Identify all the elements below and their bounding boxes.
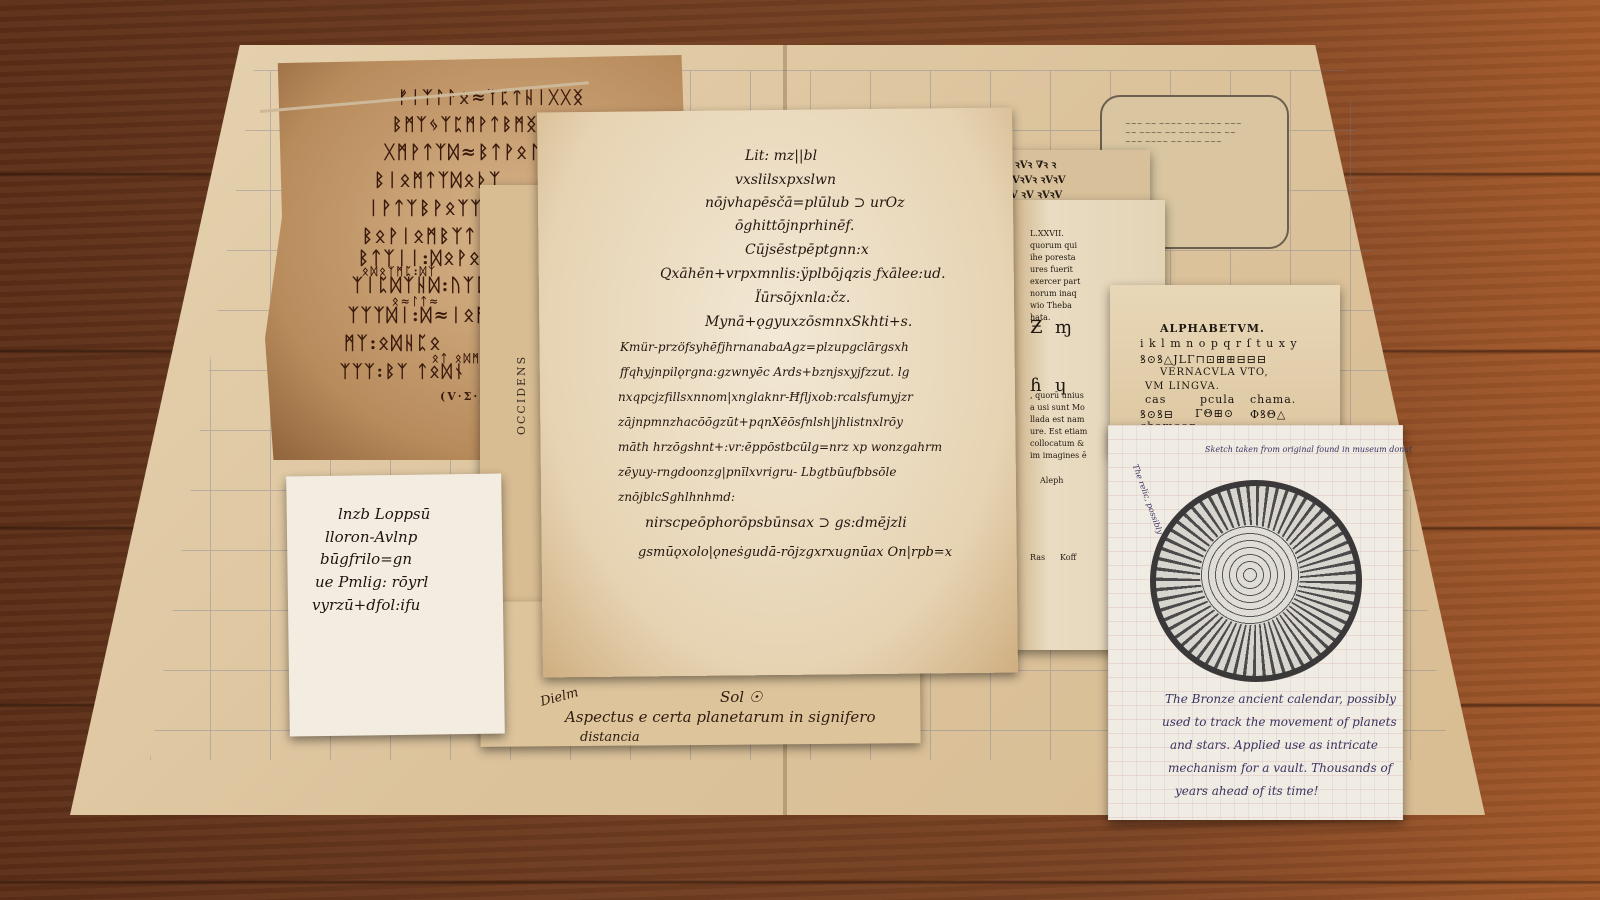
alphabet-line: VM LINGVA.	[1145, 381, 1220, 392]
under-label-mid: Sol ☉	[720, 688, 762, 706]
card-line: ꝛVꝛ ∇ꝛ ꝛ	[1015, 160, 1056, 172]
manuscript-line: Ïūrsōjxnla:čz.	[755, 290, 850, 306]
white-note-line: būgfrilo=gn	[320, 550, 412, 568]
white-note-line: lnzb Loppsū	[338, 505, 430, 523]
scroll-line: ᚷᛗᚹᛏᛉᛞ≈ᛒᛏᚹᛟᛚ	[384, 142, 542, 163]
white-note-line: ue Pmlig: rōyrl	[315, 573, 428, 591]
sketch-note-line: and stars. Applied use as intricate	[1170, 738, 1378, 752]
scroll-line: ᛉᛉᛉ:ᛒᛉ ᛏᛟᛞᚾ	[340, 362, 466, 382]
card-line: VꝛVꝛ ꝛVꝛV	[1012, 175, 1065, 187]
manuscript-line: Lit: mz||bl	[745, 148, 817, 164]
page-line: collocatum &	[1030, 438, 1084, 450]
cartouche-text: ~~~ ~~ ~~~~ ~~ ~~~~ ~~~ ~~ ~~~~ ~~ ~~~ ~…	[1125, 120, 1255, 147]
manuscript-line: Kmür-przöfsyhēfjhrnanabaAgz=plzupgclārgs…	[620, 340, 909, 354]
page-line: , quorū unius	[1030, 390, 1084, 402]
manuscript-line: Qxāhēn+vrpxmnlis:ÿplbōjqzis ƒxālee:ud.	[660, 266, 946, 282]
white-note-line: vyrzū+dfol:ifu	[312, 596, 420, 614]
page-header: L.XXVII.	[1030, 228, 1064, 240]
alphabet-word: pcula	[1200, 393, 1235, 406]
white-note-line: lloron-Avlnp	[325, 528, 417, 546]
manuscript-line: gsmūǫxolo|ǫneṡgudā-rōjzgxrxugnūax On|rpb…	[638, 545, 952, 560]
manuscript-line: zēyuy-rngdoonzg|pnīlxvrigru- Lbgtbūufbbs…	[618, 465, 896, 479]
sketch-header-note: Sketch taken from original found in muse…	[1205, 445, 1412, 454]
under-caption-1: Aspectus e certa planetarum in signifero	[565, 708, 875, 726]
scroll-line: ᛉᛉᛉᛞᛁ:ᛞ≈ᛁᛟᛗ	[348, 305, 489, 326]
manuscript-line: māth hrzōgshnt+:vr:ēppōstbcūlg=nrz xp wo…	[618, 440, 942, 454]
alphabet-cipher-word: ΦꝸΘ△	[1250, 407, 1286, 422]
page-line: ihe poresta	[1030, 252, 1076, 264]
page-line: exercer part	[1030, 276, 1080, 288]
manuscript-line: zājnpmnzhacōōgzūt+pqnXēōsfnlsh|jhlistnxl…	[618, 415, 903, 429]
alphabet-line: VERNACVLA VTO,	[1160, 367, 1269, 378]
manuscript-line: nxqpcjzfillsxnnom|xnglaknr-Ħfljxob:rcals…	[618, 390, 913, 404]
scroll-line: ᛁᚹᛏᛉᛒᚹᛟᛉᛉᛗ	[368, 198, 496, 219]
symbol-label: Aleph	[1040, 475, 1063, 487]
alphabet-title: ALPHABETVM.	[1160, 322, 1265, 335]
scroll-line: ᛒᛟᚹᛁᛟᛗᛒᛉᛏ	[362, 226, 477, 247]
sketch-note-line: years ahead of its time!	[1175, 784, 1318, 798]
manuscript-line: ffqhyjnpilǫrgna:gzwnyēc Ards+bznjsxyjfzz…	[620, 365, 909, 379]
sketch-note-line: The Bronze ancient calendar, possibly	[1165, 692, 1396, 706]
scroll-line: ᛗᛉ:ᛟᛞᚺᛈᛟ	[344, 333, 442, 354]
occidens-label: OCCIDENS	[515, 355, 528, 435]
scroll-line: ᛉᛁᛈᛞᛉᚺᛞ:ᚢᛉᛈ	[352, 275, 489, 296]
manuscript-line: Mynā+ǫgyuxzōsmnxSkhti+s.	[705, 314, 912, 330]
symbol-label: Koff	[1060, 552, 1076, 564]
calendar-disc-center	[1200, 525, 1300, 625]
page-line: wio Theba	[1030, 300, 1072, 312]
page-line: im imagines ē	[1030, 450, 1087, 462]
alphabet-ciphers: ꝸ⊙ꝸ△JLΓ⊓⊡⊞⊞⊟⊟⊟	[1140, 352, 1267, 367]
manuscript-line: znōjblcSghlhnhmd:	[618, 490, 735, 504]
page-line: a usi sunt Mo	[1030, 402, 1085, 414]
sketch-note-line: used to track the movement of planets	[1162, 715, 1397, 729]
page-line: llada est nam	[1030, 414, 1084, 426]
alphabet-word: chama.	[1250, 393, 1296, 406]
sketch-note-line: mechanism for a vault. Thousands of	[1168, 761, 1392, 775]
glyph-symbol: ɱ	[1055, 322, 1072, 334]
page-line: ures fuerit	[1030, 264, 1073, 276]
alphabet-cipher-word: ΓΘ⊞⊙	[1195, 407, 1234, 420]
manuscript-line: ōghittōjnprhinēf.	[735, 218, 855, 234]
glyph-symbol: Ƶ	[1030, 322, 1043, 334]
manuscript-line: vxslilsxpxslwn	[735, 172, 836, 188]
page-line: norum inaq	[1030, 288, 1077, 300]
symbol-label: Ras	[1030, 552, 1045, 564]
page-line: ure. Est etiam	[1030, 426, 1087, 438]
manuscript-line: nōjvhapēsčā=plūlub ⊃ urOz	[705, 195, 905, 211]
alphabet-word: cas	[1145, 393, 1166, 406]
manuscript-line: Cūjsēstpēptgnn:x	[745, 242, 869, 258]
alphabet-letters: i k l m n o p q r ſ t u x y	[1140, 337, 1298, 350]
page-line: quorum qui	[1030, 240, 1077, 252]
manuscript-line: nirscpeōphorōpsbūnsax ⊃ gs:dmējzli	[645, 515, 907, 531]
under-caption-2: distancia	[580, 730, 640, 745]
